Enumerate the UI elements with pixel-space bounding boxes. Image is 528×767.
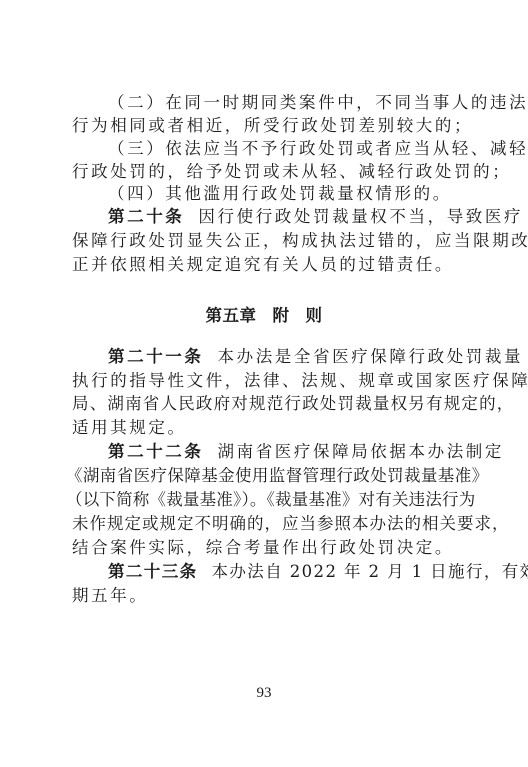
- article-21-line-2: 执行的指导性文件，法律、法规、规章或国家医疗保障: [72, 369, 460, 393]
- article-23-label: 第二十三条: [108, 562, 198, 581]
- article-21-line-4: 适用其规定。: [72, 416, 460, 440]
- article-23-line-2: 期五年。: [72, 584, 460, 608]
- article-21-text-1: 本办法是全省医疗保障行政处罚裁量: [218, 347, 524, 366]
- article-22-label: 第二十二条: [108, 442, 204, 461]
- article-22-line-5: 结合案件实际，综合考量作出行政处罚决定。: [72, 536, 460, 560]
- article-20-label: 第二十条: [108, 207, 184, 226]
- article-23-text-1: 本办法自 2022 年 2 月 1 日施行，有效: [212, 562, 528, 581]
- item-3-line-1: （三）依法应当不予行政处罚或者应当从轻、减轻: [72, 137, 460, 161]
- article-22-line-3: （以下简称《裁量基准》）。《裁量基准》对有关违法行为: [66, 488, 454, 512]
- article-22-line-2: 《湖南省医疗保障基金使用监督管理行政处罚裁量基准》: [66, 464, 454, 488]
- article-20-line-2: 保障行政处罚显失公正，构成执法过错的，应当限期改: [72, 229, 460, 253]
- chapter-heading: 第五章附则: [0, 304, 528, 328]
- article-21-line-1: 第二十一条本办法是全省医疗保障行政处罚裁量: [72, 345, 460, 369]
- article-22-line-1: 第二十二条湖南省医疗保障局依据本办法制定: [72, 440, 460, 464]
- article-20-text-1: 因行使行政处罚裁量权不当，导致医疗: [198, 207, 523, 226]
- item-2-line-1: （二）在同一时期同类案件中，不同当事人的违法: [72, 91, 460, 115]
- page-number: 93: [0, 682, 528, 704]
- chapter-number: 第五章: [206, 306, 257, 325]
- document-page: （二）在同一时期同类案件中，不同当事人的违法 行为相同或者相近，所受行政处罚差别…: [0, 0, 528, 767]
- chapter-title-part-1: 附: [273, 306, 290, 325]
- item-2-line-2: 行为相同或者相近，所受行政处罚差别较大的；: [72, 114, 460, 138]
- article-21-line-3: 局、湖南省人民政府对规范行政处罚裁量权另有规定的，: [72, 392, 460, 416]
- article-21-label: 第二十一条: [108, 347, 204, 366]
- article-23-line-1: 第二十三条本办法自 2022 年 2 月 1 日施行，有效: [72, 560, 460, 584]
- chapter-title-part-2: 则: [306, 306, 323, 325]
- article-20-line-1: 第二十条因行使行政处罚裁量权不当，导致医疗: [72, 205, 460, 229]
- article-20-line-3: 正并依照相关规定追究有关人员的过错责任。: [72, 253, 460, 277]
- item-3-line-2: 行政处罚的，给予处罚或未从轻、减轻行政处罚的；: [72, 160, 460, 184]
- article-22-text-1: 湖南省医疗保障局依据本办法制定: [218, 442, 505, 461]
- article-22-line-4: 未作规定或规定不明确的，应当参照本办法的相关要求，: [72, 512, 460, 536]
- item-4-line-1: （四）其他滥用行政处罚裁量权情形的。: [72, 182, 460, 206]
